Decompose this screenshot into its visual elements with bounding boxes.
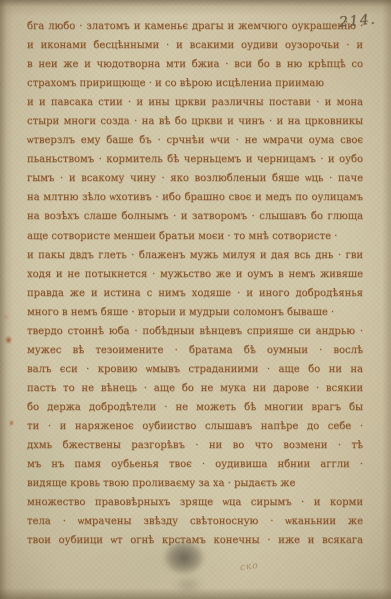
text-line: мъ нъ памя оубьенья твоє · оудивиша нбни…: [27, 455, 363, 474]
text-line: тела · ѡмрачены звѣзду свѣтоносную · ѡка…: [27, 512, 363, 531]
text-line: мужес вѣ тезоимените · братама бѣ оумныи…: [27, 341, 363, 360]
text-line: ходя и не потыкнется · мужьство же и оум…: [27, 265, 363, 284]
text-line: аще сотвористе меншеи братьи моєи · то м…: [27, 227, 363, 246]
text-line: бо держа добродѣтели · не можеть бѣ мног…: [27, 398, 363, 417]
text-line: и иконами бесцѣнными · и всакими оудиви …: [27, 36, 363, 55]
text-line: стыри многи созда · на вѣ бо цркви и чин…: [27, 112, 363, 131]
page-edge-left: [0, 0, 13, 599]
text-line: гымъ · и всакому чину · яко возлюбленыи …: [27, 169, 363, 188]
text-line: твердо стоинѣ юба · побѣдныи вѣнцевъ спр…: [27, 322, 363, 341]
text-line: дхмь бжествены разгорѣвъ · ни во что воз…: [27, 436, 363, 455]
margin-red-mark: [9, 420, 14, 426]
text-block: бга любо · златомъ и каменьє драгы и жем…: [27, 17, 363, 550]
text-line: много в немъ бяше · вторыи и мудрыи соло…: [27, 303, 363, 322]
text-line: ти · и наряженоє оубииство слышавъ напѣр…: [27, 417, 363, 436]
text-line: на возѣхъ слаше болнымъ · и затворомъ · …: [27, 207, 363, 226]
text-line: на млтню зѣло ѡхотивъ · ибо брашно своє …: [27, 188, 363, 207]
text-line: пасть то не вѣнець · аще бо не мука ни д…: [27, 379, 363, 398]
text-line: ѡтверзлъ ему баше бъ · срчнѣи ѡчи · не ѡ…: [27, 131, 363, 150]
page-edge-right: [382, 0, 391, 599]
manuscript-page: бга любо · златомъ и каменьє драгы и жем…: [0, 0, 391, 599]
text-line: бга любо · златомъ и каменьє драгы и жем…: [27, 17, 363, 36]
text-line: правда же и истина с нимъ ходяше · и ино…: [27, 284, 363, 303]
text-line: пьаньствомъ · кормитель бѣ черньцемъ и ч…: [27, 150, 363, 169]
margin-red-mark: [3, 314, 9, 320]
quire-mark: ско: [239, 561, 259, 574]
text-line: видяще кровь твою проливаєму за ха · рыд…: [27, 474, 363, 493]
page-edge-top: [0, 0, 391, 16]
text-line: страхомъ пририщюще · и со вѣрою исцѣлени…: [27, 74, 363, 93]
folio-number: 214.: [338, 11, 376, 30]
ink-stain-tail: [168, 573, 208, 597]
text-line: в неи же и чюдотворна мти бжиа · вси бо …: [27, 55, 363, 74]
text-line: множество правовѣрныхъ зряще ѡца сирымъ …: [27, 493, 363, 512]
text-line: валъ єси · кровию ѡмывъ страданиими · ащ…: [27, 360, 363, 379]
text-line: и и павсака стии · и ины цркви различны …: [27, 93, 363, 112]
margin-red-mark: [5, 336, 12, 344]
text-line: и пакы двдъ глеть · блаженъ мужь милуя и…: [27, 246, 363, 265]
